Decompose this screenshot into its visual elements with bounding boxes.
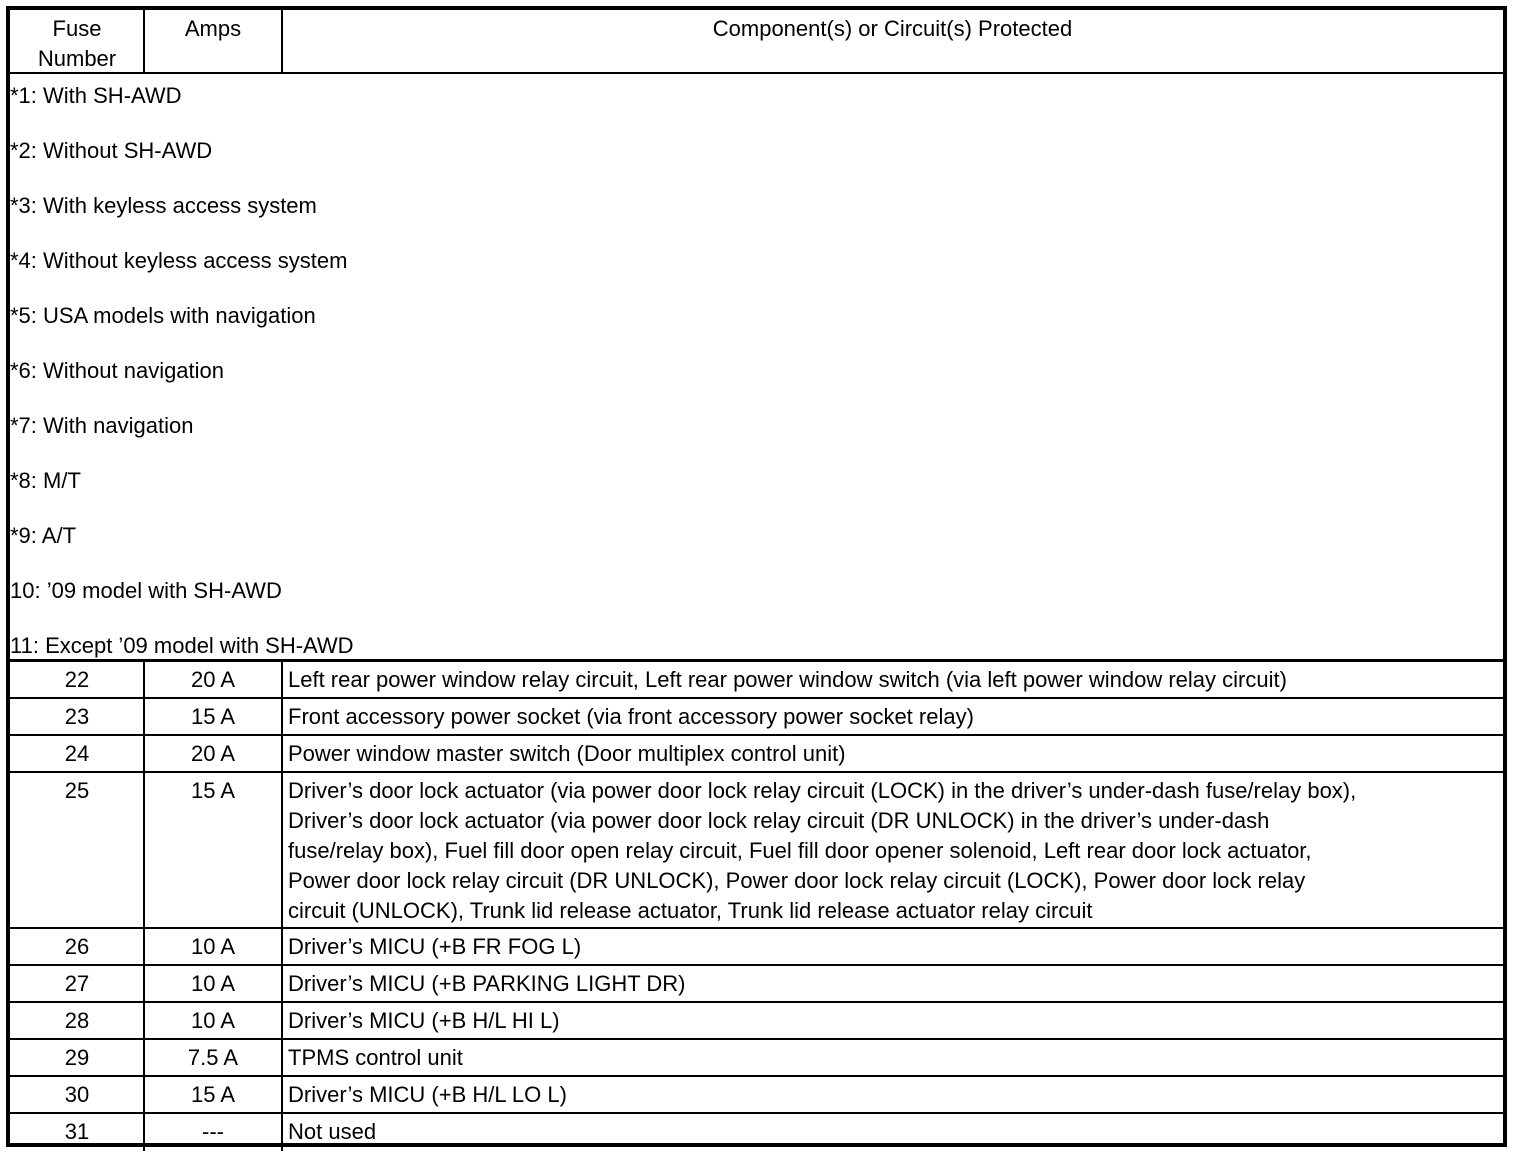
- column-divider: [143, 1003, 145, 1038]
- footnote: *4: Without keyless access system: [10, 248, 347, 274]
- amps-cell: 10 A: [144, 1003, 282, 1038]
- table-row: 2810 ADriver’s MICU (+B H/L HI L): [10, 1003, 1503, 1040]
- column-divider: [143, 699, 145, 734]
- component-cell: Driver’s MICU (+B H/L LO L): [284, 1077, 1503, 1112]
- fuse-number-cell: 31: [10, 1114, 144, 1151]
- column-divider: [143, 1040, 145, 1075]
- amps-cell: 7.5 A: [144, 1040, 282, 1075]
- amps-cell: 20 A: [144, 736, 282, 771]
- footnote: *9: A/T: [10, 523, 76, 549]
- column-divider: [281, 699, 283, 734]
- table-row: 2710 ADriver’s MICU (+B PARKING LIGHT DR…: [10, 966, 1503, 1003]
- column-divider: [143, 662, 145, 697]
- footnote: *8: M/T: [10, 468, 81, 494]
- column-divider: [281, 1077, 283, 1112]
- component-cell: Power window master switch (Door multipl…: [284, 736, 1503, 771]
- amps-cell: 10 A: [144, 929, 282, 964]
- footnote: *7: With navigation: [10, 413, 193, 439]
- fuse-number-cell: 28: [10, 1003, 144, 1038]
- column-divider: [281, 1003, 283, 1038]
- fuse-table: Fuse Number Amps Component(s) or Circuit…: [6, 6, 1507, 1147]
- fuse-number-cell: 22: [10, 662, 144, 697]
- column-divider: [143, 966, 145, 1001]
- header-component: Component(s) or Circuit(s) Protected: [282, 10, 1503, 72]
- column-divider: [281, 1040, 283, 1075]
- column-divider: [143, 1077, 145, 1112]
- column-divider: [143, 929, 145, 964]
- column-divider: [281, 10, 283, 72]
- fuse-rows: 2220 ALeft rear power window relay circu…: [10, 662, 1503, 1143]
- column-divider: [281, 662, 283, 697]
- footnote: *2: Without SH-AWD: [10, 138, 212, 164]
- component-cell: Not used: [284, 1114, 1503, 1151]
- fuse-number-cell: 24: [10, 736, 144, 771]
- table-row: 2315 AFront accessory power socket (via …: [10, 699, 1503, 736]
- column-divider: [143, 10, 145, 72]
- footnote: *3: With keyless access system: [10, 193, 317, 219]
- column-divider: [281, 929, 283, 964]
- fuse-number-cell: 29: [10, 1040, 144, 1075]
- header-fuse-number: Fuse Number: [10, 10, 144, 72]
- table-row: 31---Not used: [10, 1114, 1503, 1151]
- footnotes-section: *1: With SH-AWD*2: Without SH-AWD*3: Wit…: [10, 74, 1503, 662]
- column-divider: [281, 736, 283, 771]
- amps-cell: 20 A: [144, 662, 282, 697]
- column-divider: [143, 736, 145, 771]
- footnote: *5: USA models with navigation: [10, 303, 316, 329]
- footnote: *1: With SH-AWD: [10, 83, 182, 109]
- component-cell: Left rear power window relay circuit, Le…: [284, 662, 1503, 697]
- fuse-number-cell: 30: [10, 1077, 144, 1112]
- component-cell: TPMS control unit: [284, 1040, 1503, 1075]
- fuse-number-cell: 27: [10, 966, 144, 1001]
- fuse-number-cell: 25: [10, 773, 144, 927]
- component-cell: Driver’s door lock actuator (via power d…: [284, 773, 1503, 927]
- component-cell: Front accessory power socket (via front …: [284, 699, 1503, 734]
- component-cell: Driver’s MICU (+B H/L HI L): [284, 1003, 1503, 1038]
- amps-cell: 15 A: [144, 699, 282, 734]
- column-divider: [143, 1114, 145, 1151]
- column-divider: [281, 773, 283, 927]
- footnote: 10: ’09 model with SH-AWD: [10, 578, 282, 604]
- fuse-number-cell: 26: [10, 929, 144, 964]
- component-cell: Driver’s MICU (+B PARKING LIGHT DR): [284, 966, 1503, 1001]
- amps-cell: ---: [144, 1114, 282, 1151]
- table-row: 2515 ADriver’s door lock actuator (via p…: [10, 773, 1503, 929]
- table-row: 2610 ADriver’s MICU (+B FR FOG L): [10, 929, 1503, 966]
- footnote: 11: Except ’09 model with SH-AWD: [10, 633, 354, 659]
- table-row: 2420 APower window master switch (Door m…: [10, 736, 1503, 773]
- amps-cell: 15 A: [144, 1077, 282, 1112]
- column-divider: [281, 1114, 283, 1151]
- column-divider: [281, 966, 283, 1001]
- component-cell: Driver’s MICU (+B FR FOG L): [284, 929, 1503, 964]
- amps-cell: 10 A: [144, 966, 282, 1001]
- table-header: Fuse Number Amps Component(s) or Circuit…: [10, 10, 1503, 74]
- table-row: 3015 ADriver’s MICU (+B H/L LO L): [10, 1077, 1503, 1114]
- footnote: *6: Without navigation: [10, 358, 224, 384]
- column-divider: [143, 773, 145, 927]
- table-row: 2220 ALeft rear power window relay circu…: [10, 662, 1503, 699]
- table-row: 297.5 ATPMS control unit: [10, 1040, 1503, 1077]
- fuse-number-cell: 23: [10, 699, 144, 734]
- header-amps: Amps: [144, 10, 282, 72]
- amps-cell: 15 A: [144, 773, 282, 927]
